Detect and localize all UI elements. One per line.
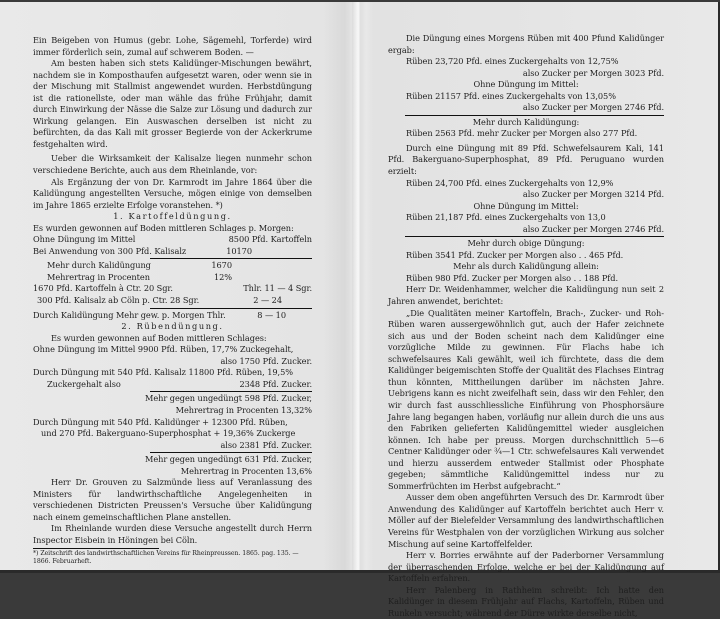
paragraph-weidenhammer: Herr Dr. Weidenhammer, welcher die Kalid… — [388, 284, 664, 307]
result-line: also 1750 Pfd. Zucker. — [33, 356, 312, 368]
table-rule — [150, 452, 312, 453]
result-line: und 270 Pfd. Bakerguano-Superphosphat + … — [33, 428, 312, 440]
result-line: Durch Düngung mit 540 Pfd. Kalisalz 1180… — [33, 367, 312, 379]
paragraph-grouven: Herr Dr. Grouven zu Salzmünde liess auf … — [33, 477, 312, 523]
paragraph-wirksamkeit: Ueber die Wirksamkeit der Kalisalze lieg… — [33, 153, 312, 176]
result-line: Rüben 21157 Pfd. eines Zuckergehalts von… — [388, 91, 664, 103]
table-rule — [150, 391, 312, 392]
result-line: Rüben 2563 Pfd. mehr Zucker per Morgen a… — [388, 128, 664, 140]
result-line: Rüben 3541 Pfd. Zucker per Morgen also .… — [388, 250, 664, 262]
result-line: Rüben 21,187 Pfd. eines Zuckergehalts vo… — [388, 212, 664, 224]
table-rule — [150, 308, 312, 309]
paragraph-quote: „Die Qualitäten meiner Kartoffeln, Brach… — [388, 308, 664, 493]
paragraph-intro: Die Düngung eines Morgens Rüben mit 400 … — [388, 33, 664, 56]
section2-intro: Es wurden gewonnen auf Boden mittleren S… — [33, 333, 312, 345]
result-line: also Zucker per Morgen 2746 Pfd. — [388, 102, 664, 114]
section-heading-ruben: 2. Rübendüngung. — [33, 321, 312, 333]
result-line: Ohne Düngung im Mittel: — [388, 201, 664, 213]
paragraph-duengung: Durch eine Düngung mit 89 Pfd. Schwefels… — [388, 143, 664, 178]
table-rule — [405, 236, 664, 237]
table-row: Mehr durch Kalidüngung 1670 — [33, 260, 312, 272]
footnote: *) Zeitschrift des landwirthschaftlichen… — [33, 550, 312, 567]
result-heading: Mehr durch obige Düngung: — [388, 238, 664, 250]
result-line: Rüben 24,700 Pfd. eines Zuckergehalts vo… — [388, 178, 664, 190]
result-line: Rüben 23,720 Pfd. eines Zuckergehalts vo… — [388, 56, 664, 68]
table-rule — [150, 258, 312, 259]
table-row-total: Durch Kalidüngung Mehr gew. p. Morgen Th… — [33, 310, 312, 322]
table-row: 1670 Pfd. Kartoffeln à Ctr. 20 Sgr. Thlr… — [33, 283, 312, 295]
result-line: also 2381 Pfd. Zucker. — [33, 440, 312, 452]
table-row: Ohne Düngung im Mittel 8500 Pfd. Kartoff… — [33, 234, 312, 246]
table-row: Mehrertrag in Procenten 12% — [33, 272, 312, 284]
book-gutter — [352, 2, 366, 570]
result-line: Zuckergehalt also 2348 Pfd. Zucker. — [33, 379, 312, 391]
result-heading: Mehr durch Kalidüngung: — [388, 117, 664, 129]
result-line: Durch Düngung mit 540 Pfd. Kalidünger + … — [33, 417, 312, 429]
footnote-rule — [33, 548, 159, 549]
paragraph-karmrodt-moeller: Ausser dem oben angeführten Versuch des … — [388, 492, 664, 550]
paragraph-karmrodt: Als Ergänzung der von Dr. Karmrodt im Ja… — [33, 177, 312, 212]
table-row: Bei Anwendung von 300 Pfd. Kalisalz 1017… — [33, 246, 312, 258]
result-line: Mehrertrag in Procenten 13,32% — [33, 405, 312, 417]
left-page: Ein Beigeben von Humus (gebr. Lohe, Säge… — [33, 35, 312, 573]
paragraph-rheinlande: Im Rheinlande wurden diese Versuche ange… — [33, 523, 312, 546]
result-line: also Zucker per Morgen 3023 Pfd. — [388, 68, 664, 80]
result-line: Rüben 980 Pfd. Zucker per Morgen also . … — [388, 273, 664, 285]
section-heading-kartoffel: 1. Kartoffeldüngung. — [33, 211, 312, 223]
scanned-page-spread: Ein Beigeben von Humus (gebr. Lohe, Säge… — [0, 2, 720, 573]
paragraph-borries: Herr v. Borries erwähnte auf der Paderbo… — [388, 550, 664, 573]
paragraph-mischungen: Am besten haben sich stets Kalidünger-Mi… — [33, 58, 312, 150]
result-line: Mehr gegen ungedüngt 598 Pfd. Zucker, — [33, 393, 312, 405]
table-row: 300 Pfd. Kalisalz ab Cöln p. Ctr. 28 Sgr… — [33, 295, 312, 307]
table-rule — [405, 115, 664, 116]
result-line: Ohne Düngung im Mittel: — [388, 79, 664, 91]
result-line: also Zucker per Morgen 3214 Pfd. — [388, 189, 664, 201]
result-line: Ohne Düngung im Mittel 9900 Pfd. Rüben, … — [33, 344, 312, 356]
result-line: Mehr gegen ungedüngt 631 Pfd. Zucker, — [33, 454, 312, 466]
paragraph-humus: Ein Beigeben von Humus (gebr. Lohe, Säge… — [33, 35, 312, 58]
result-line: also Zucker per Morgen 2746 Pfd. — [388, 224, 664, 236]
section1-intro: Es wurden gewonnen auf Boden mittleren S… — [33, 223, 312, 235]
result-heading: Mehr als durch Kalidüngung allein: — [388, 261, 664, 273]
right-page: Die Düngung eines Morgens Rüben mit 400 … — [388, 33, 664, 573]
result-line: Mehrertrag in Procenten 13,6% — [33, 466, 312, 478]
